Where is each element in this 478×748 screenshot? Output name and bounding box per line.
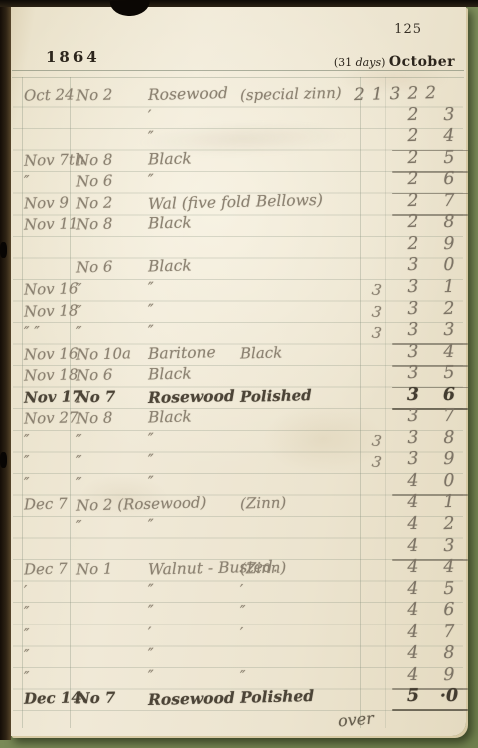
entry-model-number: No 2 (Rosewood) (76, 494, 207, 515)
entry-date: ″ (24, 431, 30, 449)
entry-description: Rosewood (148, 84, 228, 104)
entry-model-number: ″ (76, 280, 82, 298)
ledger-row: ″ ″ ″ 4 6 (8, 601, 466, 624)
serial-tens-digit: 3 (402, 406, 424, 427)
serial-tens-digit: 3 (402, 341, 424, 362)
serial-units-digit: 7 (436, 406, 462, 427)
entry-date: Nov 18 (24, 301, 79, 320)
ledger-row: ″ ′ ′ 4 7 (8, 623, 466, 646)
entry-model-number: No 6 (76, 366, 113, 385)
entry-description-extra: ″ (240, 602, 246, 620)
serial-units-digit: 8 (436, 643, 462, 664)
serial-tens-digit: 2 (402, 126, 424, 147)
ledger-row: ″ ″ ″ 4 0 (8, 472, 466, 495)
entry-date: Nov 16 (24, 344, 79, 363)
entry-model-number: No 8 (76, 409, 113, 428)
entry-description-extra: (Zinn) (240, 559, 287, 578)
serial-tens-digit: 3 (402, 277, 424, 298)
serial-tens-digit: 4 (402, 471, 424, 492)
serial-tens-digit: 4 (402, 514, 424, 535)
serial-units-digit: 9 (436, 665, 462, 686)
pencil-underline (392, 709, 468, 711)
ledger-row: Nov 18 ″ ″ 3 3 2 (8, 300, 466, 323)
entry-model-number: No 7 (76, 387, 116, 406)
serial-units-digit: 0 (436, 255, 462, 276)
serial-units-digit: 7 (436, 621, 462, 642)
binding-stitch (0, 452, 7, 468)
serial-tens-digit: 3 (402, 298, 424, 319)
serial-tens-digit: 4 (402, 535, 424, 556)
entry-date: Oct 24 (24, 85, 75, 104)
entry-date: Dec 7 (24, 560, 68, 579)
serial-tens-digit: 2 (402, 190, 424, 211)
ledger-row: Nov 16 ″ ″ 3 3 1 (8, 278, 466, 301)
serial-units-digit: 4 (436, 126, 462, 147)
entry-description: ″ (148, 451, 154, 469)
serial-units-digit: 4 (436, 557, 462, 578)
serial-correction-mark: 3 (371, 280, 383, 299)
serial-units-digit: 5 (436, 578, 462, 599)
serial-units-digit: 1 (436, 277, 462, 298)
ledger-rows: Oct 24 No 2 Rosewood (special zinn) 2132… (8, 4, 466, 736)
entry-date: Nov 16 (24, 279, 79, 298)
serial-tens-digit: 4 (402, 665, 424, 686)
ledger-row: ″ ″ ″ ″ 3 3 3 (8, 321, 466, 344)
entry-date: ″ (24, 172, 30, 190)
entry-description: ″ (148, 602, 154, 620)
entry-description: ″ (148, 581, 154, 599)
entry-description: ″ (148, 171, 154, 189)
serial-units-digit: 5 (436, 363, 462, 384)
entry-date: ″ (24, 452, 30, 470)
serial-tens-digit: 3 (402, 320, 424, 341)
entry-description: Rosewood (148, 386, 235, 407)
entry-date: ″ (24, 646, 30, 664)
serial-units-digit: ·0 (436, 686, 462, 707)
entry-description-extra: ′ (240, 624, 244, 642)
ledger-row: Dec 7 No 2 (Rosewood) (Zinn) 4 1 (8, 493, 466, 516)
entry-date: Nov 27 (24, 409, 79, 428)
ledger-row: 2 9 (8, 235, 466, 258)
entry-model-number: No 2 (76, 193, 113, 212)
entry-description: Black (148, 408, 192, 427)
serial-tens-digit: 4 (402, 600, 424, 621)
serial-number-full: 21322 (354, 83, 444, 105)
serial-correction-mark: 3 (371, 323, 383, 342)
serial-units-digit: 6 (436, 384, 462, 405)
serial-units-digit: 2 (436, 514, 462, 535)
serial-units-digit: 8 (436, 212, 462, 233)
entry-description: Baritone (148, 343, 216, 363)
serial-tens-digit: 4 (402, 621, 424, 642)
serial-units-digit: 3 (436, 320, 462, 341)
entry-model-number: ″ (76, 474, 82, 492)
ledger-row: Dec 14. No 7 Rosewood Polished 5 ·0 (8, 687, 466, 710)
ledger-row: Dec 7 No 1 Walnut - Busted. (Zinn) 4 4 (8, 558, 466, 581)
entry-description-extra: ′ (240, 581, 244, 599)
serial-tens-digit: 2 (402, 147, 424, 168)
ledger-row: Nov 27 No 8 Black 3 7 (8, 407, 466, 430)
entry-model-number: No 6 (76, 258, 113, 277)
ledger-row: ″ ″ 4 2 (8, 515, 466, 538)
ledger-row: Nov 17 No 7 Rosewood Polished 3 6 (8, 386, 466, 409)
entry-date: ′ (24, 582, 28, 600)
serial-tens-digit: 3 (402, 255, 424, 276)
entry-description: ″ (148, 473, 154, 491)
ledger-page: 125 1864 (31 days) October Oct 24 No 2 R… (8, 4, 466, 736)
book-top-edge-shadow (0, 0, 478, 7)
entry-description: ″ (148, 300, 154, 318)
entry-model-number: No 2 (76, 86, 113, 105)
ledger-row: ′ ″ ′ 4 5 (8, 580, 466, 603)
serial-tens-digit: 4 (402, 643, 424, 664)
ledger-row: Nov 7th No 8 Black 2 5 (8, 149, 466, 172)
entry-description: Black (148, 149, 192, 168)
entry-model-number: ″ (76, 301, 82, 319)
ledger-row: Nov 18 No 6 Black 3 5 (8, 364, 466, 387)
serial-units-digit: 2 (436, 298, 462, 319)
ledger-row: ″ ″ ″ 3 3 9 (8, 450, 466, 473)
ledger-row: Nov 9 No 2 Wal (five fold Bellows) 2 7 (8, 192, 466, 215)
entry-model-number: ″ (76, 517, 82, 535)
over-note: over (337, 708, 374, 730)
entry-description: Black (148, 214, 192, 233)
entry-description: ″ (148, 430, 154, 448)
entry-model-number: No 8 (76, 215, 113, 234)
serial-tens-digit: 3 (402, 363, 424, 384)
serial-tens-digit: 2 (402, 169, 424, 190)
entry-date: Nov 17 (24, 387, 83, 406)
entry-description-extra: Polished (240, 386, 312, 406)
serial-correction-mark: 3 (371, 302, 383, 321)
ledger-row: ″ No 6 ″ 2 6 (8, 170, 466, 193)
serial-units-digit: 6 (436, 169, 462, 190)
entry-description: Rosewood Polished (148, 686, 315, 709)
entry-model-number: No 8 (76, 150, 113, 169)
serial-tens-digit: 4 (402, 557, 424, 578)
ledger-row: Oct 24 No 2 Rosewood (special zinn) 2132… (8, 84, 466, 107)
serial-units-digit: 1 (436, 492, 462, 513)
serial-units-digit: 3 (436, 535, 462, 556)
entry-model-number: No 1 (76, 560, 113, 579)
entry-description-extra: ″ (240, 667, 246, 685)
serial-tens-digit: 4 (402, 578, 424, 599)
entry-description: ″ (148, 279, 154, 297)
ledger-row: ″ ″ 4 8 (8, 644, 466, 667)
serial-tens-digit: 2 (402, 212, 424, 233)
serial-tens-digit: 2 (402, 104, 424, 125)
serial-tens-digit: 2 (402, 234, 424, 255)
serial-correction-mark: 3 (371, 431, 383, 450)
entry-description: ″ (148, 516, 154, 534)
entry-description: ″ (148, 667, 154, 685)
entry-description-extra: Black (240, 343, 283, 362)
serial-units-digit: 3 (436, 104, 462, 125)
book-binding-spine (0, 0, 11, 740)
entry-model-number: ″ (76, 431, 82, 449)
entry-model-number: ″ (76, 323, 82, 341)
entry-description: ′ (148, 107, 152, 125)
entry-model-number: ″ (76, 452, 82, 470)
ledger-row: No 6 Black 3 0 (8, 256, 466, 279)
serial-units-digit: 4 (436, 341, 462, 362)
entry-date: Nov 11 (24, 215, 79, 234)
entry-description-extra: (special zinn) (240, 84, 342, 104)
entry-date: ″ (24, 625, 30, 643)
entry-model-number: No 7 (76, 689, 116, 708)
entry-date: Nov 9 (24, 193, 69, 212)
serial-units-digit: 6 (436, 600, 462, 621)
serial-units-digit: 7 (436, 190, 462, 211)
serial-units-digit: 9 (436, 449, 462, 470)
ledger-row: ″ ″ ″ 3 3 8 (8, 429, 466, 452)
entry-date: ″ ″ (24, 323, 40, 341)
entry-date: Nov 18 (24, 365, 79, 384)
entry-description: ″ (148, 645, 154, 663)
entry-description-extra: (Zinn) (240, 494, 287, 513)
ledger-row: Nov 16 No 10a Baritone Black 3 4 (8, 343, 466, 366)
entry-date: ″ (24, 668, 30, 686)
entry-description: ″ (148, 322, 154, 340)
entry-date: ″ (24, 603, 30, 621)
serial-units-digit: 8 (436, 427, 462, 448)
serial-correction-mark: 3 (371, 453, 383, 472)
entry-date: Dec 7 (24, 495, 68, 514)
ledger-photo: 125 1864 (31 days) October Oct 24 No 2 R… (0, 0, 478, 748)
entry-description: Black (148, 365, 192, 384)
entry-model-number: No 6 (76, 172, 113, 191)
entry-date: ″ (24, 474, 30, 492)
binding-stitch (0, 242, 7, 258)
entry-description: Wal (five fold Bellows) (148, 191, 323, 213)
serial-units-digit: 0 (436, 471, 462, 492)
entry-description: ′ (148, 624, 152, 642)
serial-tens-digit: 4 (402, 492, 424, 513)
ledger-row: ′ 2 3 (8, 106, 466, 129)
entry-description: ″ (148, 128, 154, 146)
serial-units-digit: 5 (436, 147, 462, 168)
serial-tens-digit: 3 (402, 384, 424, 405)
ledger-row: ″ ″ ″ 4 9 (8, 666, 466, 689)
serial-tens-digit: 3 (402, 449, 424, 470)
entry-description: Black (148, 257, 192, 276)
serial-tens-digit: 3 (402, 428, 424, 449)
ledger-row: ″ 2 4 (8, 127, 466, 150)
serial-tens-digit: 5 (402, 686, 424, 707)
entry-model-number: No 10a (76, 344, 131, 363)
serial-units-digit: 9 (436, 234, 462, 255)
ledger-row: 4 3 (8, 537, 466, 560)
ledger-row: Nov 11 No 8 Black 2 8 (8, 213, 466, 236)
